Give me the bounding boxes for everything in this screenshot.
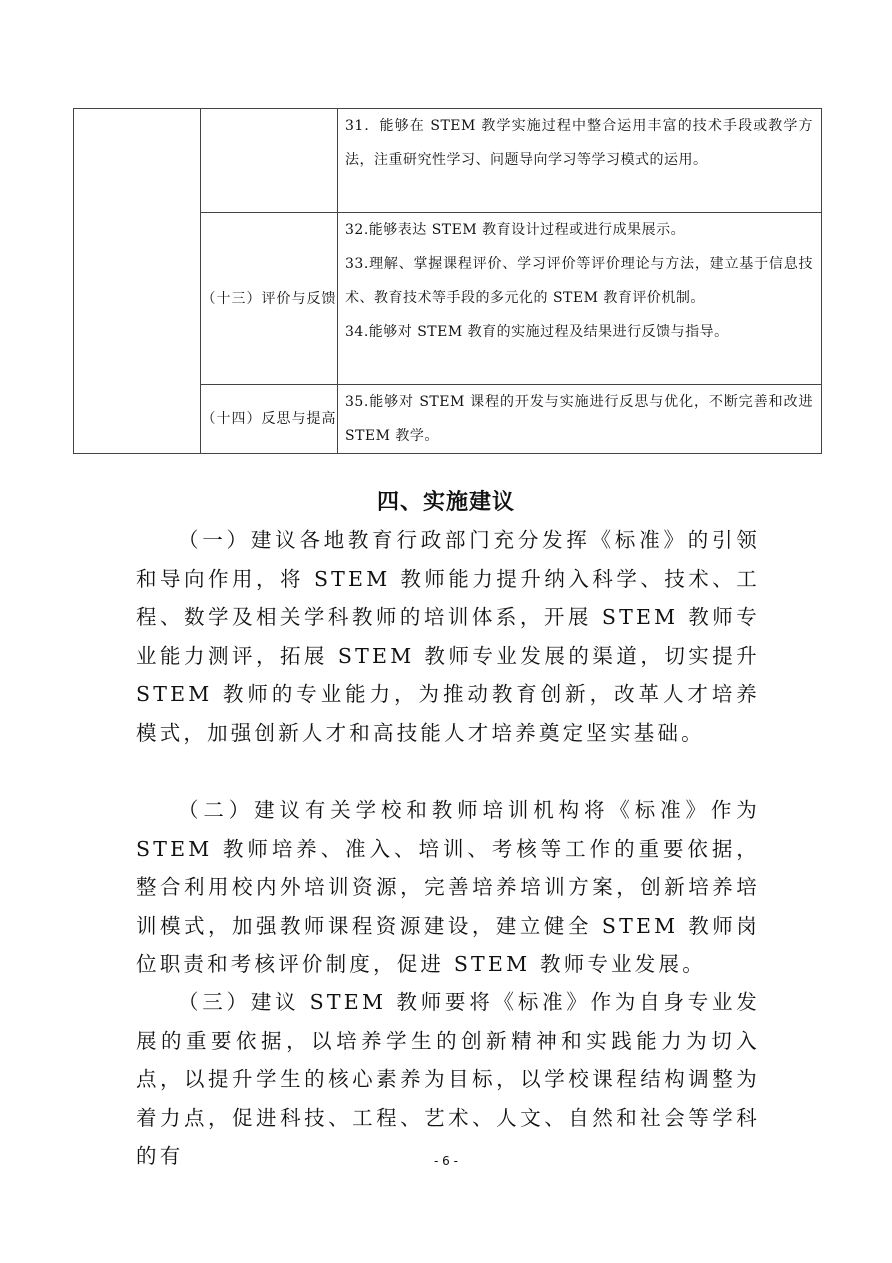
paragraph-text: （一）建议各地教育行政部门充分发挥《标准》的引领和导向作用，将 STEM 教师能… [136, 521, 760, 752]
dimension-cell [74, 109, 201, 454]
page-number: - 6 - [0, 1154, 892, 1168]
paragraph-text: （二）建议有关学校和教师培训机构将《标准》作为 STEM 教师培养、准入、培训、… [136, 791, 760, 984]
paragraph-text: （三）建议 STEM 教师要将《标准》作为自身专业发展的重要依据，以培养学生的创… [136, 983, 760, 1176]
table-row: 31．能够在 STEM 教学实施过程中整合运用丰富的技术手段或教学方法，注重研究… [74, 109, 822, 213]
section-heading: 四、实施建议 [0, 485, 892, 516]
requirement-cell: 32.能够表达 STEM 教育设计过程或进行成果展示。 33.理解、掌握课程评价… [338, 213, 822, 385]
category-cell [201, 109, 338, 213]
requirement-cell: 31．能够在 STEM 教学实施过程中整合运用丰富的技术手段或教学方法，注重研究… [338, 109, 822, 213]
requirement-item: 33.理解、掌握课程评价、学习评价等评价理论与方法，建立基于信息技术、教育技术等… [345, 247, 813, 315]
category-cell: （十三）评价与反馈 [201, 213, 338, 385]
requirement-item: 35.能够对 STEM 课程的开发与实施进行反思与优化，不断完善和改进 STEM… [345, 385, 813, 453]
paragraph: （一）建议各地教育行政部门充分发挥《标准》的引领和导向作用，将 STEM 教师能… [136, 521, 760, 752]
paragraph: （三）建议 STEM 教师要将《标准》作为自身专业发展的重要依据，以培养学生的创… [136, 983, 760, 1176]
standards-table: 31．能够在 STEM 教学实施过程中整合运用丰富的技术手段或教学方法，注重研究… [73, 108, 822, 454]
category-cell: （十四）反思与提高 [201, 385, 338, 454]
requirement-item: 34.能够对 STEM 教育的实施过程及结果进行反馈与指导。 [345, 315, 813, 349]
requirement-cell: 35.能够对 STEM 课程的开发与实施进行反思与优化，不断完善和改进 STEM… [338, 385, 822, 454]
requirement-item: 31．能够在 STEM 教学实施过程中整合运用丰富的技术手段或教学方法，注重研究… [345, 109, 813, 177]
paragraph: （二）建议有关学校和教师培训机构将《标准》作为 STEM 教师培养、准入、培训、… [136, 791, 760, 984]
requirement-item: 32.能够表达 STEM 教育设计过程或进行成果展示。 [345, 213, 813, 247]
